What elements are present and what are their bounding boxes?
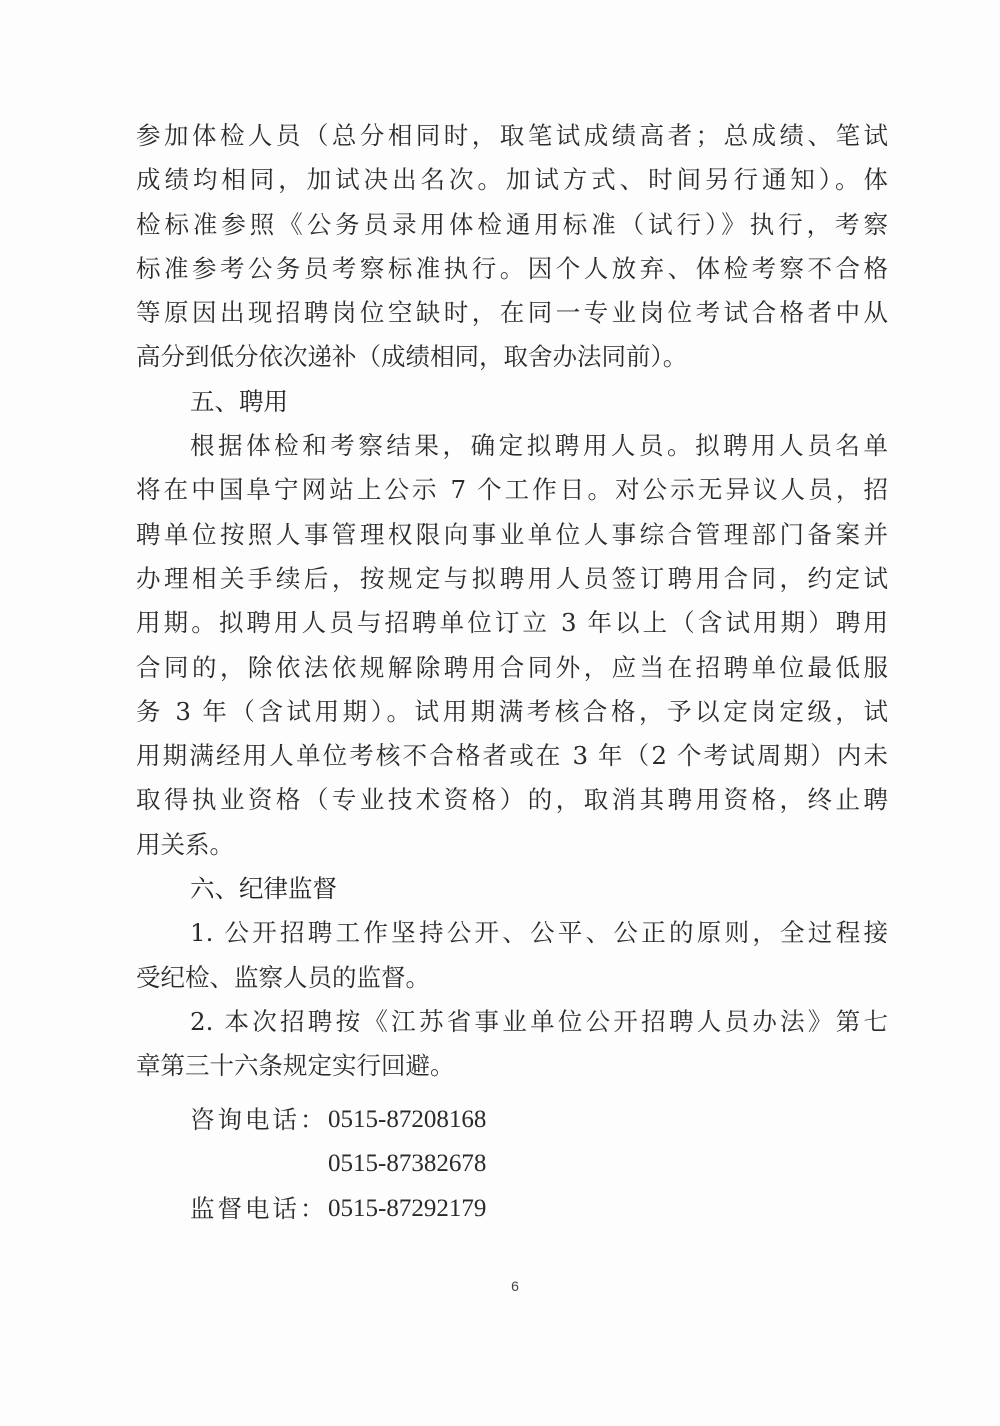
- text-line: 用期。拟聘用人员与招聘单位订立 3 年以上（含试用期）聘用: [136, 601, 888, 645]
- consult-phone-row-2: 0515-87382678: [190, 1142, 486, 1186]
- document-page: 参加体检人员（总分相同时，取笔试成绩高者；总成绩、笔试 成绩均相同，加试决出名次…: [0, 0, 1000, 1426]
- text-line: 取得执业资格（专业技术资格）的，取消其聘用资格，终止聘: [136, 778, 888, 822]
- page-number: 6: [500, 1278, 530, 1294]
- text-line: 务 3 年（含试用期）。试用期满考核合格，予以定岗定级，试: [136, 690, 888, 734]
- text-line: 标准参考公务员考察标准执行。因个人放弃、体检考察不合格: [136, 247, 888, 291]
- consult-phone-label: 咨询电话：: [190, 1098, 328, 1142]
- text-line: 将在中国阜宁网站上公示 7 个工作日。对公示无异议人员，招: [136, 468, 888, 512]
- document-body: 参加体检人员（总分相同时，取笔试成绩高者；总成绩、笔试 成绩均相同，加试决出名次…: [136, 114, 888, 1089]
- consult-phone-2: 0515-87382678: [328, 1142, 486, 1186]
- text-line: 用关系。: [136, 823, 888, 867]
- list-item-1-cont: 受纪检、监察人员的监督。: [136, 956, 888, 1000]
- text-line: 高分到低分依次递补（成绩相同，取舍办法同前）。: [136, 335, 888, 379]
- text-line: 成绩均相同，加试决出名次。加试方式、时间另行通知）。体: [136, 158, 888, 202]
- supervise-phone-row: 监督电话： 0515-87292179: [190, 1187, 486, 1231]
- text-line: 合同的，除依法依规解除聘用合同外，应当在招聘单位最低服: [136, 646, 888, 690]
- text-line: 参加体检人员（总分相同时，取笔试成绩高者；总成绩、笔试: [136, 114, 888, 158]
- text-line: 检标准参照《公务员录用体检通用标准（试行）》执行，考察: [136, 203, 888, 247]
- section-heading-employment: 五、聘用: [136, 380, 888, 424]
- section-heading-discipline: 六、纪律监督: [136, 867, 888, 911]
- list-item-2-cont: 章第三十六条规定实行回避。: [136, 1044, 888, 1088]
- text-line: 办理相关手续后，按规定与拟聘用人员签订聘用合同，约定试: [136, 557, 888, 601]
- text-line: 用期满经用人单位考核不合格者或在 3 年（2 个考试周期）内未: [136, 734, 888, 778]
- contact-info: 咨询电话： 0515-87208168 0515-87382678 监督电话： …: [190, 1098, 486, 1231]
- consult-phone-row: 咨询电话： 0515-87208168: [190, 1098, 486, 1142]
- supervise-phone-label: 监督电话：: [190, 1187, 328, 1231]
- consult-phone-1: 0515-87208168: [328, 1098, 486, 1142]
- spacer: [190, 1142, 328, 1186]
- text-line: 等原因出现招聘岗位空缺时，在同一专业岗位考试合格者中从: [136, 291, 888, 335]
- supervise-phone: 0515-87292179: [328, 1187, 486, 1231]
- list-item-1: 1. 公开招聘工作坚持公开、公平、公正的原则，全过程接: [136, 911, 888, 955]
- list-item-2: 2. 本次招聘按《江苏省事业单位公开招聘人员办法》第七: [136, 1000, 888, 1044]
- text-line: 根据体检和考察结果，确定拟聘用人员。拟聘用人员名单: [136, 424, 888, 468]
- text-line: 聘单位按照人事管理权限向事业单位人事综合管理部门备案并: [136, 513, 888, 557]
